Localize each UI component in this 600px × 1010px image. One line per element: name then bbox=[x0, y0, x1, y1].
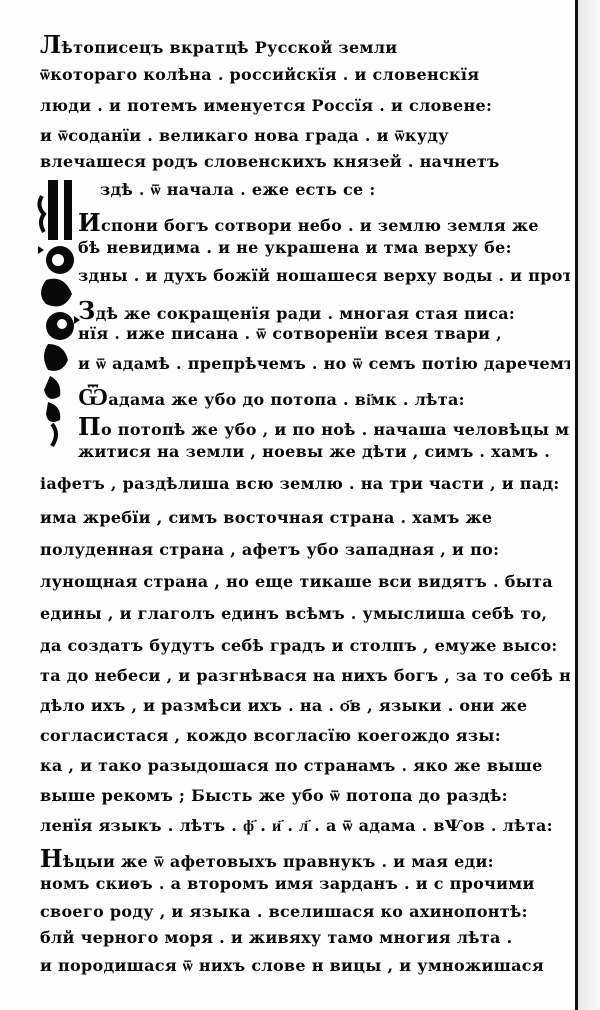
text-line-7: Испони богъ сотвори небо . и землю земля… bbox=[78, 208, 570, 237]
text-line-11: нїя . иже писана . ѿ сотворенїи всея тва… bbox=[78, 324, 570, 344]
text-line-9: здны . и духъ божїй ношашеся верху воды … bbox=[78, 266, 570, 285]
initial-letter: Л bbox=[40, 30, 62, 59]
text-line-3: люди . и потемъ именуется Россїя . и сло… bbox=[40, 96, 570, 115]
text-line-18: полуденная страна , афетъ убо западная ,… bbox=[40, 540, 570, 559]
manuscript-page: Лѣтописецъ вкратцѣ Русской земли ѿкотора… bbox=[0, 0, 600, 1010]
text-line-17: има жребїи , симъ восточная страна . хам… bbox=[40, 508, 570, 527]
initial-letter: И bbox=[78, 208, 101, 237]
text-line-26: выше рекомъ ; Бысть же убо ѿ потопа до р… bbox=[40, 786, 570, 806]
text-line-30: своего роду , и языка . вселишася ко ахи… bbox=[40, 902, 570, 921]
text-line-6: здѣ . ѿ начала . еже есть се : bbox=[100, 180, 570, 200]
text-line-25: ка , и тако разыдошася по странамъ . яко… bbox=[40, 756, 570, 775]
initial-letter: Н bbox=[40, 844, 63, 873]
text-line-31: блй черного моря . и живяху тамо многия … bbox=[40, 928, 570, 947]
text-line-32: и породишася ѿ нихъ слове н вицы , и умн… bbox=[40, 956, 570, 976]
text-line-8: бѣ невидима . и не украшена и тма верху … bbox=[78, 238, 570, 257]
text-line-29: номъ скиѳъ . а второмъ имя зарданъ . и с… bbox=[40, 874, 570, 893]
text-line-5: влечашеся родъ словенскихъ князей . начн… bbox=[40, 152, 570, 171]
text-line-27: ленїя языкъ . лѣтъ . ф҃ . и҃ . л҃ . а ѿ … bbox=[40, 816, 570, 836]
text-line-14: По потопѣ же убо , и по ноѣ . начаша чел… bbox=[78, 412, 570, 441]
text-line-15: житися на земли , ноевы же дѣти , симъ .… bbox=[78, 442, 570, 461]
ornament-icon bbox=[34, 176, 82, 448]
text-line-24: согласистася , кождо всогласїю коегождо … bbox=[40, 726, 570, 745]
page-edge-shadow bbox=[578, 0, 600, 1010]
initial-letter: П bbox=[78, 412, 101, 441]
text-line-4: и ѿсоданїи . великаго нова града . и ѿку… bbox=[40, 126, 570, 146]
text-line-19: лунощная страна , но еще тикаше вси видя… bbox=[40, 572, 570, 591]
text-line-23: дѣло ихъ , и размѣси ихъ . на . ѻ҃в , яз… bbox=[40, 696, 570, 716]
initial-letter: З bbox=[78, 296, 96, 325]
text-line-13: Ѿадама же убо до потопа . ві҃мк . лѣта: bbox=[78, 382, 570, 412]
text-line-2: ѿкотораго колѣна . российскїя . и словен… bbox=[40, 65, 570, 85]
text-line-10: Здѣ же сокращенїя ради . многая стая пис… bbox=[78, 296, 570, 325]
decorated-initial-ornament bbox=[34, 176, 82, 448]
text-line-21: да создатъ будутъ себѣ градъ и столпъ , … bbox=[40, 636, 570, 655]
text-line-16: іафетъ , раздѣлиша всю землю . на три ча… bbox=[40, 474, 570, 493]
initial-letter: Ѿ bbox=[78, 382, 108, 411]
text-line-1: Лѣтописецъ вкратцѣ Русской земли bbox=[40, 30, 570, 59]
text-line-20: едины , и глаголъ единъ всѣмъ . умыслиша… bbox=[40, 604, 570, 623]
text-line-28: Нѣцыи же ѿ афетовыхъ правнукъ . и мая ед… bbox=[40, 844, 570, 873]
text-line-22: та до небеси , и разгнѣвася на нихъ богъ… bbox=[40, 666, 570, 685]
text-line-12: и ѿ адамѣ . препрѣчемъ . но ѿ семъ потію… bbox=[78, 354, 570, 374]
